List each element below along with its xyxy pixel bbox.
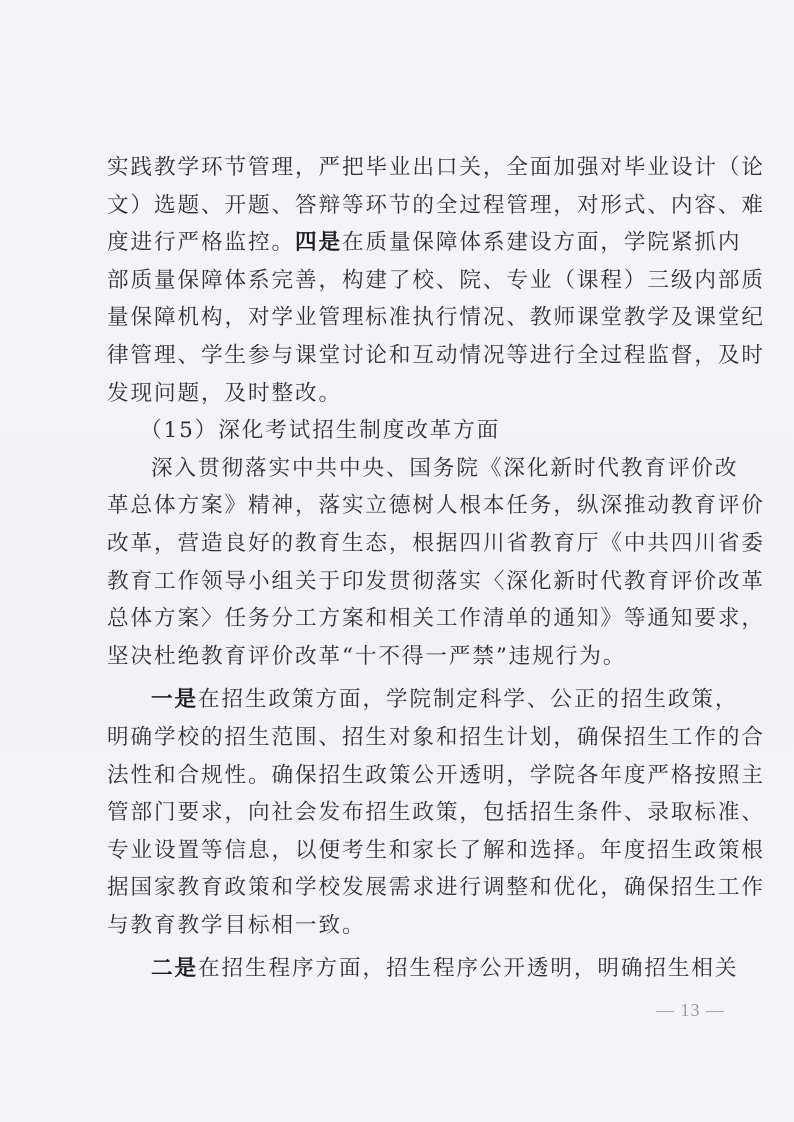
body-text: 实践教学环节管理，严把毕业出口关，全面加强对毕业设计（论 文）选题、开题、答辩等… — [107, 149, 703, 988]
bold-emphasis: 一是 — [151, 687, 198, 712]
text-line: 一是在招生政策方面，学院制定科学、公正的招生政策， — [107, 681, 703, 719]
text-segment: 在招生程序方面，招生程序公开透明，明确招生相关 — [198, 956, 738, 981]
text-line: 教育工作领导小组关于印发贯彻落实〈深化新时代教育评价改革 — [107, 563, 703, 601]
document-page: 实践教学环节管理，严把毕业出口关，全面加强对毕业设计（论 文）选题、开题、答辩等… — [0, 0, 794, 1122]
text-line: 部质量保障体系完善，构建了校、院、专业（课程）三级内部质 — [107, 262, 703, 300]
text-line: 坚决杜绝教育评价改革“十不得一严禁”违规行为。 — [107, 638, 703, 676]
text-line: 法性和合规性。确保招生政策公开透明，学院各年度严格按照主 — [107, 757, 703, 795]
text-line: 总体方案〉任务分工方案和相关工作清单的通知》等通知要求， — [107, 600, 703, 638]
text-segment: 在质量保障体系建设方面，学院紧抓内 — [342, 230, 741, 255]
text-segment: 度进行严格监控。 — [107, 230, 295, 255]
text-line: 发现问题，及时整改。 — [107, 375, 703, 413]
text-line: 专业设置等信息，以便考生和家长了解和选择。年度招生政策根 — [107, 832, 703, 870]
section-heading: （15）深化考试招生制度改革方面 — [107, 412, 703, 450]
text-line: 改革，营造良好的教育生态，根据四川省教育厅《中共四川省委 — [107, 525, 703, 563]
text-segment: 在招生政策方面，学院制定科学、公正的招生政策， — [198, 687, 738, 712]
text-line: 管部门要求，向社会发布招生政策，包括招生条件、录取标准、 — [107, 794, 703, 832]
text-line: 律管理、学生参与课堂讨论和互动情况等进行全过程监督，及时 — [107, 337, 703, 375]
page-number: — 13 — — [656, 1000, 725, 1021]
text-line: 明确学校的招生范围、招生对象和招生计划，确保招生工作的合 — [107, 719, 703, 757]
text-line: 量保障机构，对学业管理标准执行情况、教师课堂教学及课堂纪 — [107, 299, 703, 337]
text-line: 深入贯彻落实中共中央、国务院《深化新时代教育评价改 — [107, 450, 703, 488]
text-line: 二是在招生程序方面，招生程序公开透明，明确招生相关 — [107, 950, 703, 988]
bold-emphasis: 四是 — [295, 230, 342, 255]
text-line: 度进行严格监控。四是在质量保障体系建设方面，学院紧抓内 — [107, 224, 703, 262]
text-line: 文）选题、开题、答辩等环节的全过程管理，对形式、内容、难 — [107, 187, 703, 225]
text-line: 与教育教学目标相一致。 — [107, 907, 703, 945]
text-line: 据国家教育政策和学校发展需求进行调整和优化，确保招生工作 — [107, 869, 703, 907]
bold-emphasis: 二是 — [151, 956, 198, 981]
text-line: 实践教学环节管理，严把毕业出口关，全面加强对毕业设计（论 — [107, 149, 703, 187]
text-line: 革总体方案》精神，落实立德树人根本任务，纵深推动教育评价 — [107, 487, 703, 525]
